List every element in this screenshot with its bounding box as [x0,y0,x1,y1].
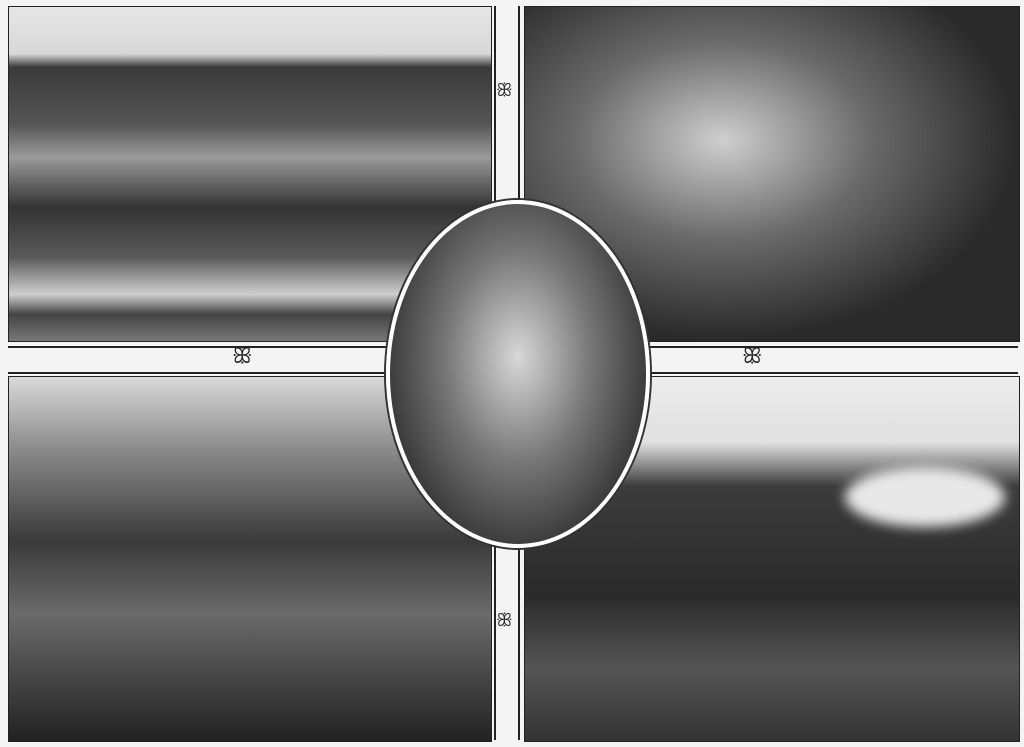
ornament-icon: ꕥ [742,344,760,369]
ornament-icon: ꕥ [496,610,511,631]
smoke-plume [845,467,1005,527]
photo-oval-fern-person [386,200,650,548]
photo-collage: ꕥ ꕥ ꕥ ꕥ [0,0,1024,747]
ornament-icon: ꕥ [232,344,250,369]
ornament-icon: ꕥ [496,80,511,101]
